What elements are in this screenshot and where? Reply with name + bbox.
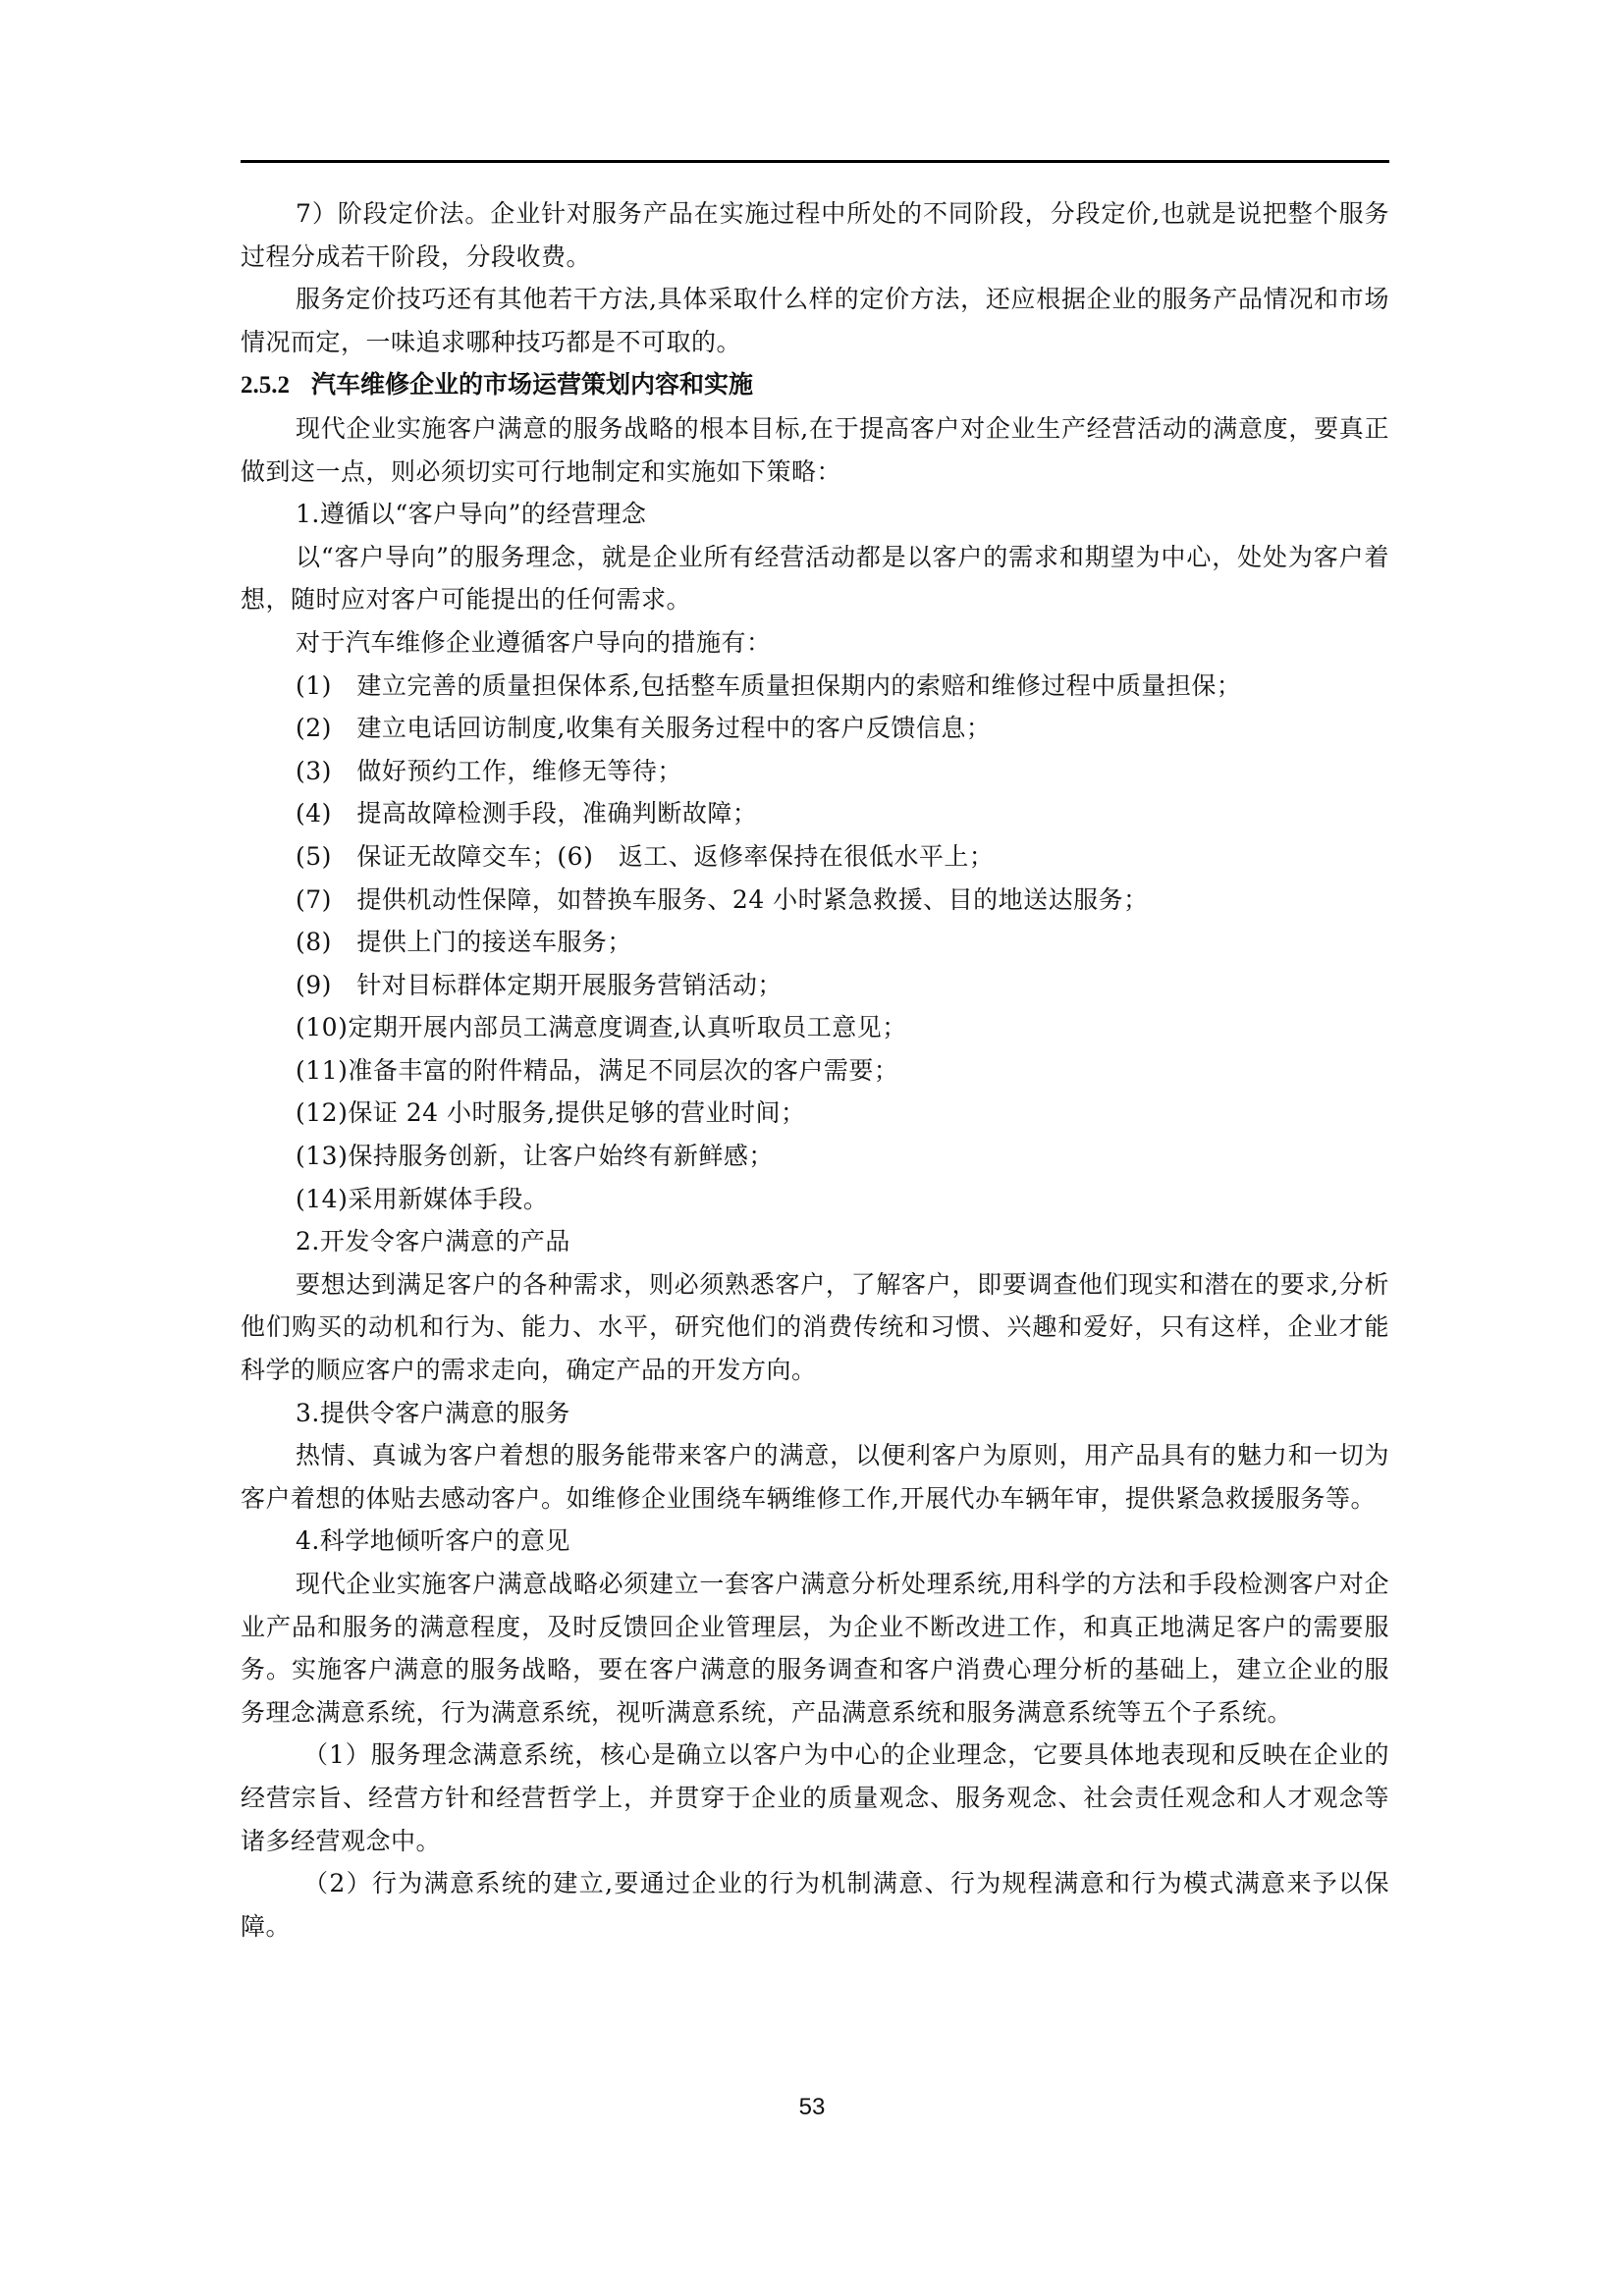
- list-item: (8) 提供上门的接送车服务；: [241, 921, 1389, 964]
- paragraph-staged-pricing: 7）阶段定价法。企业针对服务产品在实施过程中所处的不同阶段，分段定价,也就是说把…: [241, 192, 1389, 278]
- paragraph-pricing-techniques: 服务定价技巧还有其他若干方法,具体采取什么样的定价方法，还应根据企业的服务产品情…: [241, 278, 1389, 363]
- list-item: (2) 建立电话回访制度,收集有关服务过程中的客户反馈信息；: [241, 707, 1389, 750]
- strategy-4-title: 4.科学地倾听客户的意见: [241, 1520, 1389, 1563]
- list-item: (11)准备丰富的附件精品，满足不同层次的客户需要；: [241, 1049, 1389, 1093]
- list-item: (14)采用新媒体手段。: [241, 1178, 1389, 1221]
- list-item: (5) 保证无故障交车；(6) 返工、返修率保持在很低水平上；: [241, 835, 1389, 879]
- measures-list: (1) 建立完善的质量担保体系,包括整车质量担保期内的索赔和维修过程中质量担保；…: [241, 665, 1389, 1221]
- header-rule: [241, 160, 1389, 163]
- list-item: (3) 做好预约工作，维修无等待；: [241, 750, 1389, 793]
- strategy-2-title: 2.开发令客户满意的产品: [241, 1220, 1389, 1263]
- section-heading: 2.5.2汽车维修企业的市场运营策划内容和实施: [241, 363, 1389, 407]
- list-item: (4) 提高故障检测手段，准确判断故障；: [241, 792, 1389, 835]
- list-item: (7) 提供机动性保障，如替换车服务、24 小时紧急救援、目的地送达服务；: [241, 879, 1389, 922]
- page-number: 53: [0, 2094, 1624, 2121]
- list-item: (12)保证 24 小时服务,提供足够的营业时间；: [241, 1092, 1389, 1135]
- paragraph-intro: 现代企业实施客户满意的服务战略的根本目标,在于提高客户对企业生产经营活动的满意度…: [241, 407, 1389, 493]
- page-body: 7）阶段定价法。企业针对服务产品在实施过程中所处的不同阶段，分段定价,也就是说把…: [241, 192, 1389, 1948]
- strategy-3-body: 热情、真诚为客户着想的服务能带来客户的满意，以便利客户为原则，用产品具有的魅力和…: [241, 1434, 1389, 1520]
- strategy-1-body: 以“客户导向”的服务理念，就是企业所有经营活动都是以客户的需求和期望为中心，处处…: [241, 536, 1389, 621]
- list-item: (1) 建立完善的质量担保体系,包括整车质量担保期内的索赔和维修过程中质量担保；: [241, 665, 1389, 708]
- strategy-2-body: 要想达到满足客户的各种需求，则必须熟悉客户，了解客户，即要调查他们现实和潜在的要…: [241, 1263, 1389, 1392]
- list-item: (9) 针对目标群体定期开展服务营销活动；: [241, 964, 1389, 1007]
- strategy-1-title: 1.遵循以“客户导向”的经营理念: [241, 493, 1389, 536]
- subsystem-1: （1）服务理念满意系统，核心是确立以客户为中心的企业理念，它要具体地表现和反映在…: [241, 1734, 1389, 1862]
- strategy-4-body: 现代企业实施客户满意战略必须建立一套客户满意分析处理系统,用科学的方法和手段检测…: [241, 1563, 1389, 1734]
- strategy-3-title: 3.提供令客户满意的服务: [241, 1392, 1389, 1435]
- measures-intro: 对于汽车维修企业遵循客户导向的措施有：: [241, 621, 1389, 665]
- list-item: (13)保持服务创新，让客户始终有新鲜感；: [241, 1135, 1389, 1178]
- section-number: 2.5.2: [241, 372, 290, 399]
- list-item: (10)定期开展内部员工满意度调查,认真听取员工意见；: [241, 1006, 1389, 1049]
- section-title: 汽车维修企业的市场运营策划内容和实施: [311, 370, 753, 399]
- subsystem-2: （2）行为满意系统的建立,要通过企业的行为机制满意、行为规程满意和行为模式满意来…: [241, 1862, 1389, 1948]
